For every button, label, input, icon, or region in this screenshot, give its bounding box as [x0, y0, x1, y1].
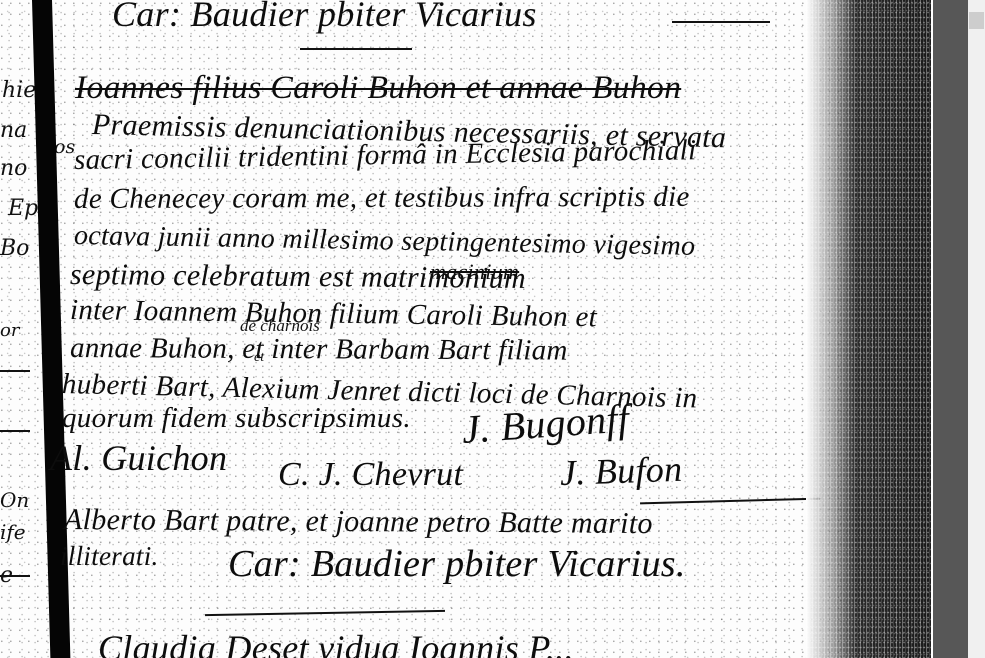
record-line-2: sacri concilii tridentini formâ in Eccle…: [74, 136, 697, 175]
record-line-4: octava junii anno millesimo septingentes…: [74, 222, 696, 261]
witness-signature: C. J. Chevrut: [278, 458, 463, 492]
closing-line-2: illiterati.: [60, 543, 159, 570]
closing-signature: Car: Baudier pbiter Vicarius.: [228, 545, 686, 583]
margin-fragment: os: [54, 138, 75, 157]
witness-signature: J. Bugonff: [461, 398, 631, 450]
next-entry-start: Claudia Deset vidua Ioannis P...: [98, 630, 574, 658]
margin-rule: [0, 575, 30, 577]
margin-rule: [0, 370, 30, 372]
margin-fragment: hie: [2, 80, 36, 102]
signature-flourish: [640, 498, 820, 504]
record-line-6: inter Ioannem Buhon filium Caroli Buhon …: [70, 296, 597, 332]
record-line-3: de Chenecey coram me, et testibus infra …: [74, 183, 690, 214]
witness-signature: J. Bufon: [559, 451, 683, 491]
previous-entry-signature: Car: Baudier pbiter Vicarius: [112, 0, 537, 32]
image-viewer: hie na os no Ep Bo or On ife e Car: Baud…: [0, 0, 985, 658]
margin-fragment: na: [0, 120, 27, 142]
margin-fragment: Bo: [0, 238, 29, 260]
struck-word: macinium: [430, 261, 519, 283]
closing-line-1: Alberto Bart patre, et joanne petro Batt…: [64, 505, 653, 539]
interlinear-insertion: et: [254, 350, 264, 366]
document-scan: hie na os no Ep Bo or On ife e Car: Baud…: [0, 0, 931, 658]
record-line-7: annae Buhon, et inter Barbam Bart filiam: [70, 334, 568, 366]
margin-fragment: On: [0, 490, 29, 510]
scrollbar-thumb[interactable]: [969, 12, 984, 29]
page-gutter-shadow: [806, 0, 931, 658]
entry-separator: [205, 610, 445, 616]
margin-fragment: Ep: [8, 198, 38, 220]
margin-fragment: no: [0, 158, 27, 180]
entry-heading-struck: Ioannes filius Caroli Buhon et annae Buh…: [75, 72, 681, 105]
margin-fragment: ife: [0, 522, 26, 542]
signature-underline: [300, 48, 412, 50]
signature-rule: [672, 21, 770, 23]
viewer-side-panel: [931, 0, 968, 658]
record-line-9: quorum fidem subscripsimus.: [62, 404, 411, 433]
vertical-scrollbar[interactable]: [968, 0, 985, 658]
margin-fragment: or: [0, 322, 19, 340]
witness-signature: Al. Guichon: [50, 440, 227, 476]
margin-rule: [0, 430, 30, 432]
